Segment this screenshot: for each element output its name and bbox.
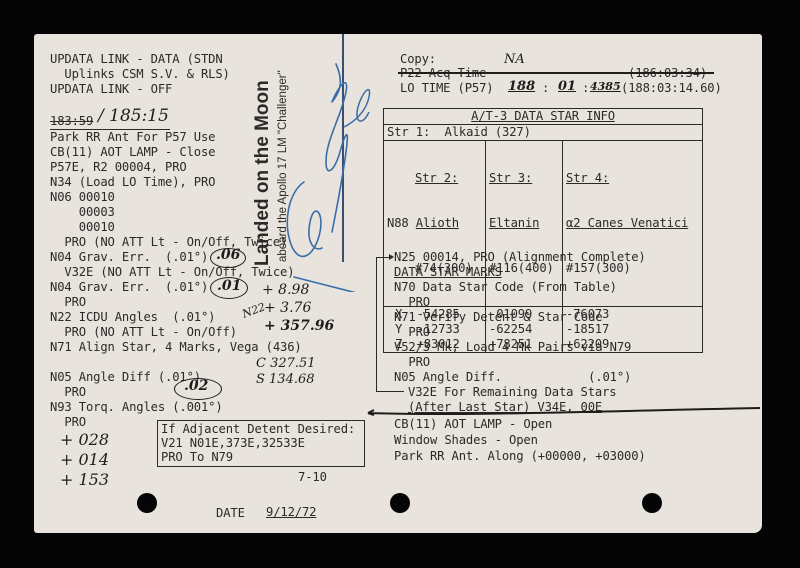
table-title: A/T-3 DATA STAR INFO xyxy=(384,109,703,125)
struck-time: 183:59 xyxy=(50,114,93,129)
checklist-card: UPDATA LINK - DATA (STDN Uplinks CSM S.V… xyxy=(34,34,762,533)
left-line-n04a: N04 Grav. Err. (.01°) xyxy=(50,250,208,265)
date-label: DATE xyxy=(216,506,245,521)
right-line-v52: V52/3 Mk; Load 4 Mk Pairs via N79 xyxy=(394,340,631,355)
stamp-title: Landed on the Moon xyxy=(252,80,274,266)
right-line-pro1: PRO xyxy=(394,295,430,310)
left-line-pro3: PRO xyxy=(50,415,86,430)
hw-lo-seconds: 4385 xyxy=(590,80,621,93)
handwritten-time: / 185:15 xyxy=(98,106,169,126)
loop-bracket-bottom xyxy=(376,391,404,392)
left-line-cb: CB(11) AOT LAMP - Close xyxy=(50,145,215,160)
left-line-park: Park RR Ant For P57 Use xyxy=(50,130,215,145)
date-value: 9/12/72 xyxy=(256,505,326,520)
right-line-pro3: PRO xyxy=(394,355,430,370)
right-line-n71: N71 Verify Detent & Star Code xyxy=(394,310,602,325)
left-line-n06c: 00010 xyxy=(50,220,115,235)
left-line-1: UPDATA LINK - DATA (STDN xyxy=(50,52,223,67)
left-line-3: UPDATA LINK - OFF xyxy=(50,82,172,97)
closing-line-3: Park RR Ant. Along (+00000, +03000) xyxy=(394,449,646,464)
binder-hole-right xyxy=(642,493,662,513)
lo-colon-2: : xyxy=(582,81,589,96)
left-line-pro2: PRO xyxy=(50,385,86,400)
hw-lo-minutes: 01 xyxy=(552,79,582,94)
loop-bracket-vertical xyxy=(376,257,377,392)
hw-torq-2: + 014 xyxy=(60,450,109,469)
hw-lo-hours: 188 xyxy=(508,79,535,94)
hw-vega-c: C 327.51 xyxy=(256,356,316,371)
n25-line: N25 00014, PRO (Alignment Complete) xyxy=(394,250,646,265)
left-line-2: Uplinks CSM S.V. & RLS) xyxy=(50,67,230,82)
hw-torq-3: + 153 xyxy=(60,470,109,489)
lo-colon-1: : xyxy=(542,81,549,96)
closing-line-1: CB(11) AOT LAMP - Open xyxy=(394,417,552,432)
lo-time-label: LO TIME (P57) xyxy=(400,81,493,96)
hw-na: NA xyxy=(504,52,525,67)
left-line-v32e: V32E (NO ATT Lt - On/Off, Twice) xyxy=(50,265,294,280)
left-line-pro1: PRO xyxy=(50,295,86,310)
right-line-pro2: PRO xyxy=(394,325,430,340)
left-line-n06b: 00003 xyxy=(50,205,115,220)
hw-torq-1: + 028 xyxy=(60,430,109,449)
hw-angle-diff: .02 xyxy=(184,378,208,394)
left-line-n04b: N04 Grav. Err. (.01°) xyxy=(50,280,208,295)
left-line-n22: N22 ICDU Angles (.01°) xyxy=(50,310,215,325)
left-line-n71: N71 Align Star, 4 Marks, Vega (436) xyxy=(50,340,302,355)
handwritten-divider-line xyxy=(364,404,764,418)
left-line-p57e: P57E, R2 00004, PRO xyxy=(50,160,187,175)
str1-row: Str 1: Alkaid (327) xyxy=(384,125,703,141)
copy-label: Copy: xyxy=(400,52,436,67)
detent-line-1: If Adjacent Detent Desired: xyxy=(161,422,355,437)
binder-hole-left xyxy=(137,493,157,513)
hw-n22-val-2: + 3.76 xyxy=(264,300,311,316)
signature-ink xyxy=(274,52,394,292)
lo-time-value: (188:03:14.60) xyxy=(621,81,722,96)
right-line-n05: N05 Angle Diff. (.01°) xyxy=(394,370,631,385)
detent-line-3: PRO To N79 xyxy=(161,450,233,465)
hw-grav-err-2: .01 xyxy=(217,278,241,294)
hw-grav-err-1: .06 xyxy=(216,247,240,263)
p22-strike-line xyxy=(398,72,714,74)
binder-hole-center xyxy=(390,493,410,513)
page-number: 7-10 xyxy=(298,470,327,485)
left-line-n06: N06 00010 xyxy=(50,190,115,205)
right-line-n70: N70 Data Star Code (From Table) xyxy=(394,280,617,295)
left-line-n93: N93 Torq. Angles (.001°) xyxy=(50,400,223,415)
left-line-pro-noatt: PRO (NO ATT Lt - On/Off) xyxy=(50,325,237,340)
marks-heading: DATA STAR MARKS xyxy=(394,265,502,280)
left-line-n34: N34 (Load LO Time), PRO xyxy=(50,175,215,190)
detent-line-2: V21 N01E,373E,32533E xyxy=(161,436,305,451)
hw-vega-s: S 134.68 xyxy=(256,372,315,387)
right-line-v32e: V32E For Remaining Data Stars xyxy=(408,385,616,400)
closing-line-2: Window Shades - Open xyxy=(394,433,538,448)
hw-n22-val-3: + 357.96 xyxy=(264,318,334,334)
